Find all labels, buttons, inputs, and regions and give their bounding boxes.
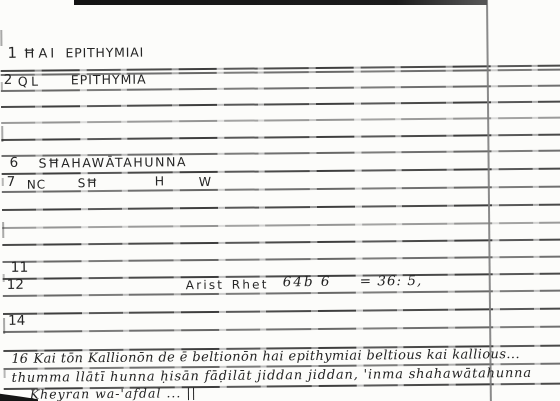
- abbrev: W: [199, 176, 211, 189]
- line-number: 7: [7, 176, 16, 190]
- ruled-line: [3, 290, 560, 297]
- ruled-line: [1, 117, 560, 124]
- scan-edge-top: [74, 0, 487, 5]
- ruled-line: [3, 256, 560, 263]
- abbrev: H: [155, 175, 165, 188]
- ruled-line: [3, 308, 560, 315]
- abbrev: NC: [27, 179, 46, 191]
- ruled-line: [3, 273, 560, 280]
- citation-author: Arist: [186, 279, 225, 291]
- line-number: 12: [7, 279, 24, 293]
- entry-word: EPITHYMIA: [71, 74, 147, 87]
- citation-equivalence: = 36: 5,: [360, 275, 423, 289]
- line-number: 6: [10, 157, 19, 171]
- line-number: 11: [11, 261, 29, 275]
- line-number: 14: [8, 315, 25, 329]
- line-number: 16: [11, 353, 28, 366]
- card-surface: 1 ĦAI EPITHYMIAI 2 QL EPITHYMIA 6 SĦAHAW…: [0, 0, 560, 401]
- entry-word: SĦAHAWĀTAHUNNA: [39, 156, 188, 170]
- citation-locus: 64b 6: [283, 276, 332, 290]
- abbrev: SĦ: [78, 177, 99, 189]
- ruled-line: [3, 326, 560, 333]
- citation-work: Rhet: [232, 278, 269, 290]
- index-card: 1 ĦAI EPITHYMIAI 2 QL EPITHYMIA 6 SĦAHAW…: [0, 0, 560, 401]
- note-text: thumma llātī hunna ḥisān fāḍilāt jiddan …: [12, 367, 532, 385]
- ruled-line: [1, 101, 560, 108]
- ruled-line: [2, 204, 560, 211]
- ruled-line: [2, 239, 560, 246]
- line-number: 2: [4, 74, 13, 88]
- entry-word: EPITHYMIAI: [65, 47, 144, 60]
- vertical-margin-rule: [486, 0, 491, 401]
- note-text: Kheyran wa-'afdal ... ||: [30, 387, 197, 401]
- line-number: 1: [7, 46, 17, 61]
- entry-word: ĦAI: [23, 47, 57, 60]
- entry-word: QL: [18, 76, 42, 89]
- ruled-line: [1, 134, 560, 141]
- ruled-line: [2, 222, 560, 229]
